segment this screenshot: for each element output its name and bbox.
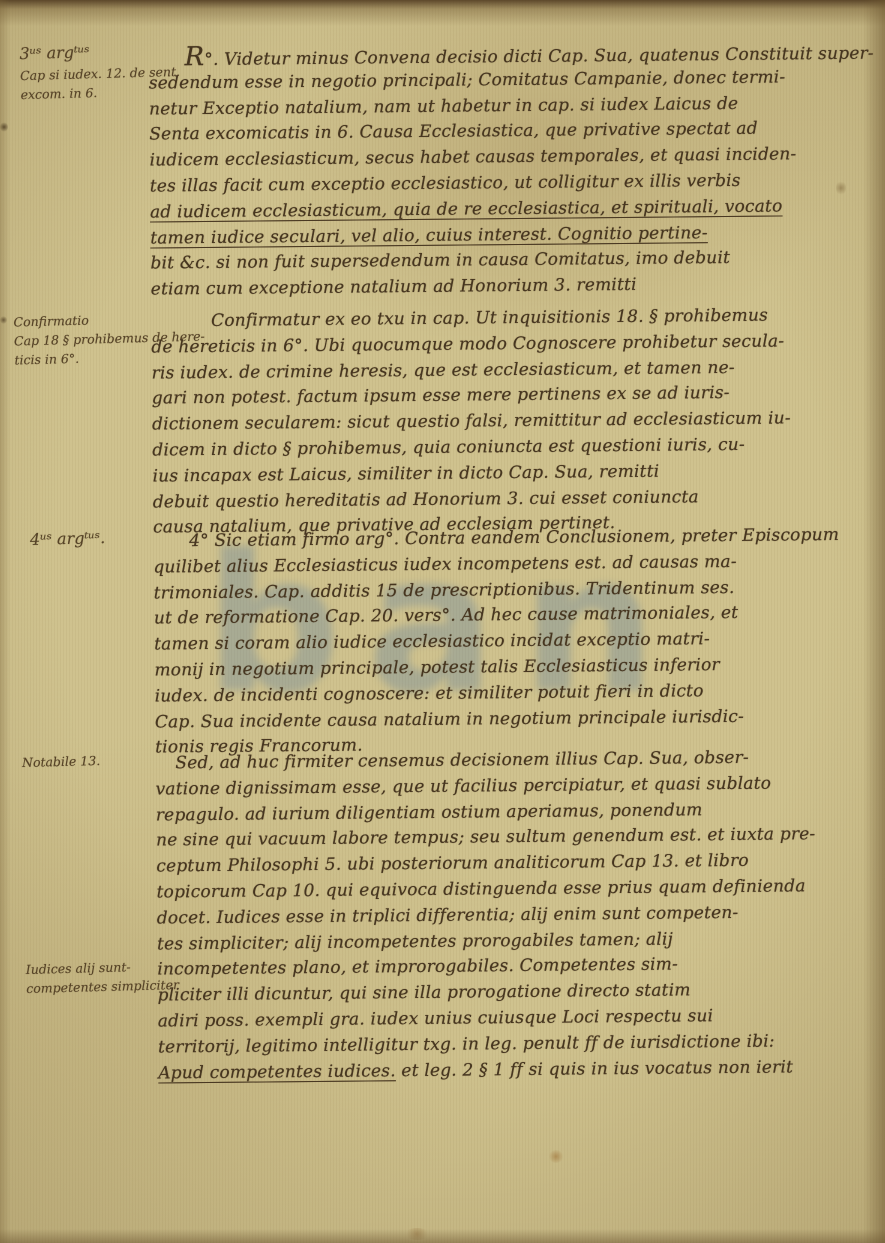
edge-fleck	[0, 316, 7, 324]
margin-note-line: competentes simpliciter	[26, 975, 179, 998]
main-text-block: R°. Videtur minus Convena decisio dicti …	[148, 0, 885, 4]
ink-stain	[404, 1228, 430, 1240]
margin-note-line: Notabile 13.	[22, 751, 101, 772]
paragraph-4: Sed, ad huc firmiter censemus decisionem…	[155, 744, 885, 1086]
margin-note-argument-4: 4ᵘˢ argᵗᵘˢ.	[30, 526, 106, 552]
paragraph-1: R°. Videtur minus Convena decisio dicti …	[148, 38, 885, 303]
edge-fleck	[0, 122, 8, 132]
paragraph-2: Confirmatur ex eo txu in cap. Ut inquisi…	[151, 302, 885, 541]
manuscript-page: ban 3ᵘˢ argᵗᵘˢ Cap si iudex. 12. de sent…	[0, 0, 885, 1243]
citation-rest: et leg. 2 § 1 ff si quis in ius vocatus …	[396, 1057, 794, 1081]
margin-note-notabile: Notabile 13.	[22, 751, 101, 772]
ink-stain	[548, 1150, 564, 1163]
paragraph-3: 4° Sic etiam firmo arg°. Contra eandem C…	[153, 522, 885, 761]
page-bottom-edge	[0, 1229, 885, 1243]
page-top-edge	[0, 0, 885, 26]
page-left-edge	[0, 0, 10, 1243]
margin-note-iudices: Iudices alij sunt- competentes simplicit…	[26, 956, 180, 998]
underlined-citation: Apud competentes iudices.	[158, 1061, 396, 1083]
margin-note-line: 4ᵘˢ argᵗᵘˢ.	[30, 526, 106, 552]
